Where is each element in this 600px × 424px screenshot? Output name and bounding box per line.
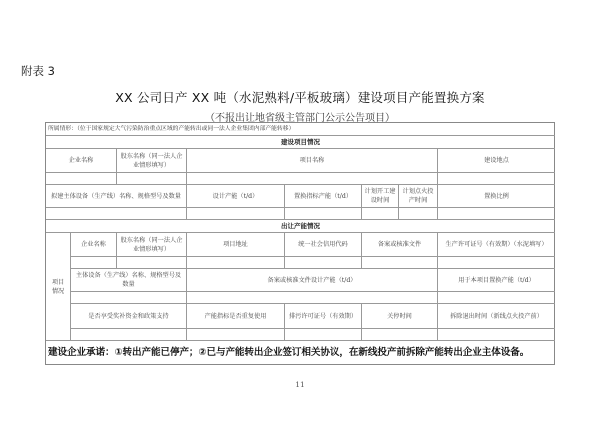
label-replacement-quota: 置换指标产能（t/d） xyxy=(285,185,362,208)
section-heading-build: 建设项目情况 xyxy=(46,136,555,149)
label-production-license: 生产许可证号（有效期）（水泥填写） xyxy=(438,233,555,257)
value-production-license[interactable] xyxy=(438,257,555,269)
value-build-location[interactable] xyxy=(438,173,555,185)
value-used-capacity[interactable] xyxy=(438,292,555,304)
value-filing-capacity[interactable] xyxy=(187,292,438,304)
page-number: 11 xyxy=(0,380,600,389)
value-planned-ignition[interactable] xyxy=(399,208,438,220)
label-pollution-permit: 排污许可证号（有效期） xyxy=(285,304,362,329)
label-build-location: 建设地点 xyxy=(438,149,555,173)
label-filing-document: 备案或核准文件 xyxy=(362,233,438,257)
label-used-capacity: 用于本项目置换产能（t/d） xyxy=(438,269,555,292)
label-filing-capacity: 备案或核准文件设计产能（t/d） xyxy=(187,269,438,292)
label-transfer-company-name: 企业名称 xyxy=(71,233,117,257)
label-project-name: 项目名称 xyxy=(187,149,438,173)
value-main-equipment[interactable] xyxy=(46,208,187,220)
value-pollution-permit[interactable] xyxy=(285,329,362,341)
label-transfer-shareholder-name: 股东名称（同一法人企业情形填写） xyxy=(117,233,187,257)
value-transfer-company-name[interactable] xyxy=(71,257,117,269)
label-main-equipment: 拟建主体设备（生产线）名称、规格型号及数量 xyxy=(46,185,187,208)
appendix-label: 附表 3 xyxy=(21,63,55,79)
label-shareholder-name: 股东名称（同一法人企业情形填写） xyxy=(117,149,187,173)
value-project-name[interactable] xyxy=(187,173,438,185)
enterprise-pledge: 建设企业承诺：①转出产能已停产；②已与产能转出企业签订相关协议，在新线投产前拆除… xyxy=(46,341,555,364)
value-quota-reused[interactable] xyxy=(187,329,285,341)
side-label-project-info: 项目情况 xyxy=(46,233,71,341)
affiliation-note: 所属情形：（位于国家规定大气污染防治重点区域的产能转出或同一法人企业集团内部产能… xyxy=(46,123,555,136)
value-credit-code[interactable] xyxy=(285,257,362,269)
label-shutdown-time: 关停时间 xyxy=(362,304,438,329)
label-transfer-main-equipment: 主体设备（生产线）名称、规格型号及数量 xyxy=(71,269,187,292)
value-demolition-time[interactable] xyxy=(438,329,555,341)
label-company-name: 企业名称 xyxy=(46,149,117,173)
label-planned-start: 计划开工建设时间 xyxy=(362,185,399,208)
label-project-address: 项目地址 xyxy=(187,233,285,257)
value-shutdown-time[interactable] xyxy=(362,329,438,341)
value-subsidy[interactable] xyxy=(71,329,187,341)
capacity-replacement-table: 所属情形：（位于国家规定大气污染防治重点区域的产能转出或同一法人企业集团内部产能… xyxy=(45,122,555,365)
label-planned-ignition: 计划点火投产时间 xyxy=(399,185,438,208)
document-title: XX 公司日产 XX 吨（水泥熟料/平板玻璃）建设项目产能置换方案 xyxy=(0,88,600,106)
label-credit-code: 统一社会信用代码 xyxy=(285,233,362,257)
label-design-capacity: 设计产能（t/d） xyxy=(187,185,285,208)
value-filing-document[interactable] xyxy=(362,257,438,269)
value-planned-start[interactable] xyxy=(362,208,399,220)
value-transfer-shareholder-name[interactable] xyxy=(117,257,187,269)
value-shareholder-name[interactable] xyxy=(117,173,187,185)
value-design-capacity[interactable] xyxy=(187,208,285,220)
label-quota-reused: 产能指标是否重复使用 xyxy=(187,304,285,329)
label-subsidy: 是否享受奖补资金和政策支持 xyxy=(71,304,187,329)
value-project-address[interactable] xyxy=(187,257,285,269)
label-demolition-time: 拆除退出时间（新线点火投产前） xyxy=(438,304,555,329)
value-company-name[interactable] xyxy=(46,173,117,185)
value-transfer-main-equipment[interactable] xyxy=(71,292,187,304)
section-heading-transfer: 出让产能情况 xyxy=(46,220,555,233)
value-replacement-ratio[interactable] xyxy=(438,208,555,220)
value-replacement-quota[interactable] xyxy=(285,208,362,220)
label-replacement-ratio: 置换比例 xyxy=(438,185,555,208)
